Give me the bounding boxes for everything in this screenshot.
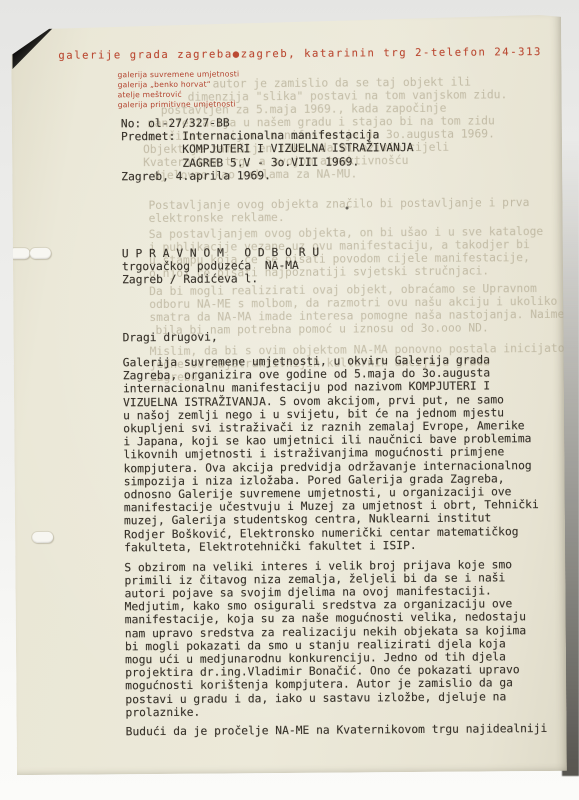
letter-page: autor je zamislio da se taj objekt ilidi… — [11, 15, 567, 775]
ink-speck — [346, 207, 349, 210]
ink-specks — [11, 15, 567, 775]
scan-backdrop: autor je zamislio da se taj objekt ilidi… — [0, 0, 579, 800]
